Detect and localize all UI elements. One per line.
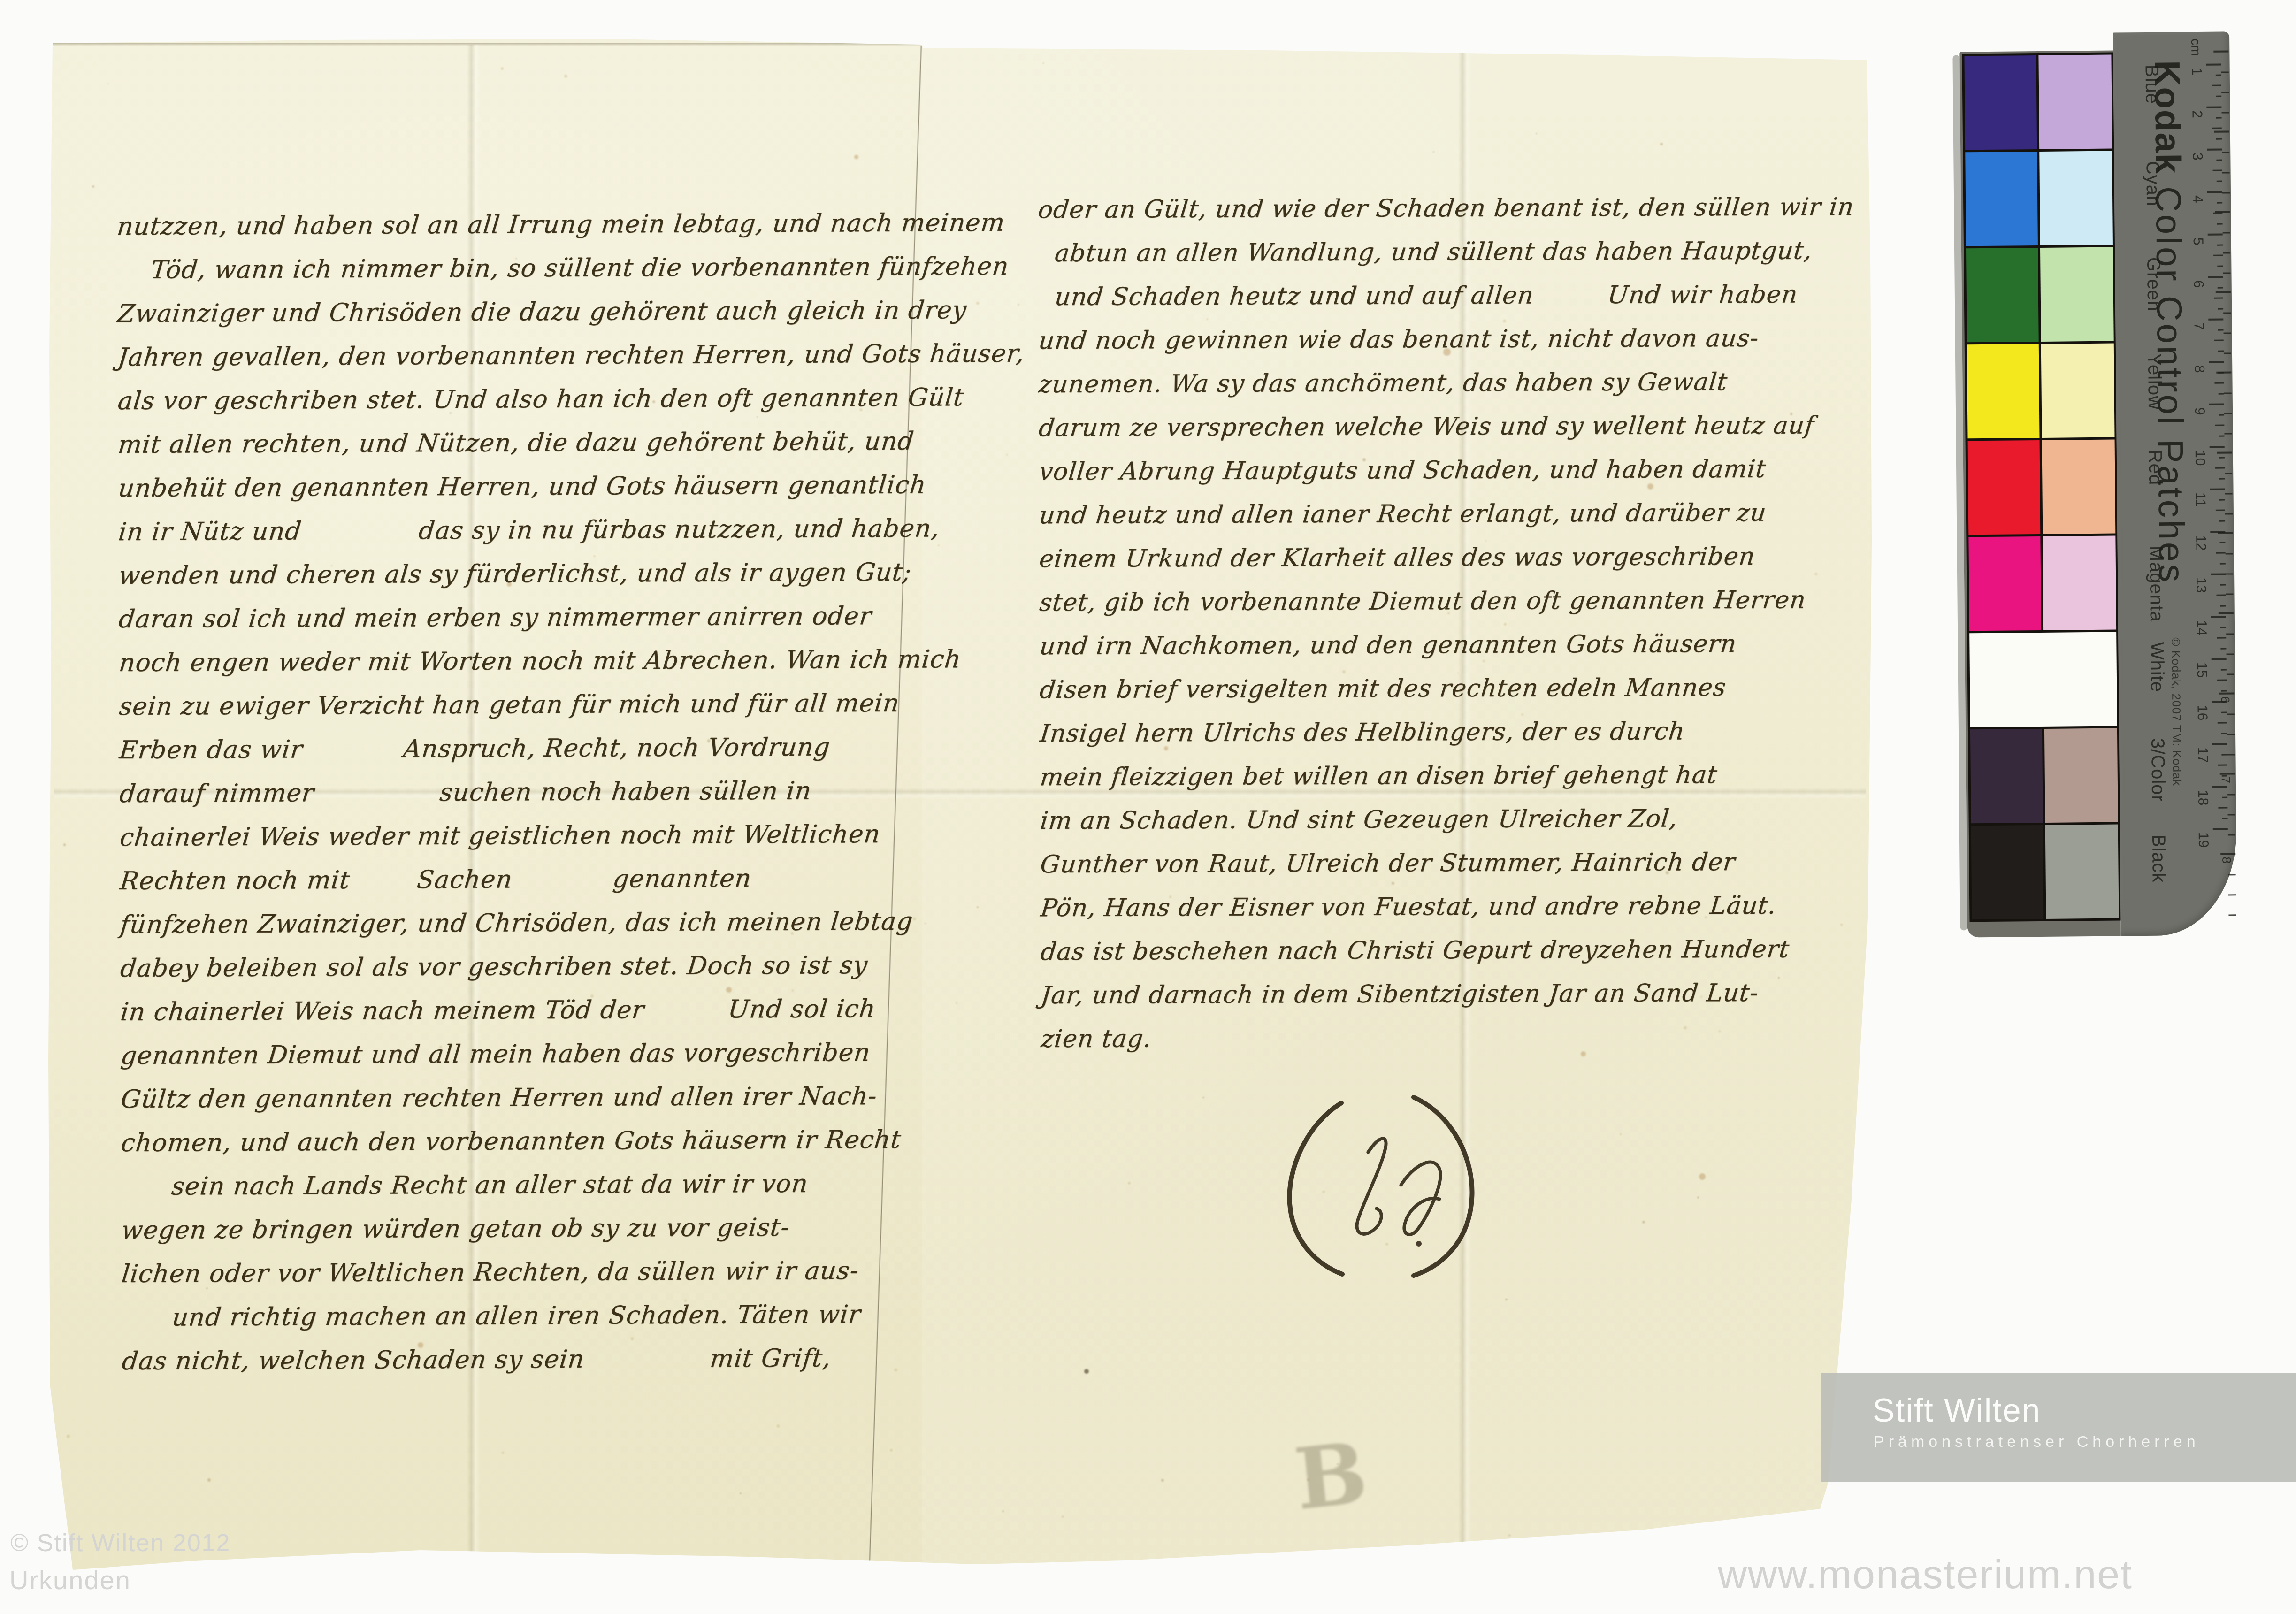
edge-tick-minor [2227, 794, 2235, 795]
manuscript-line: Töd, wann ich nimmer bin, so süllent die… [115, 245, 983, 292]
cm-tick-major [2212, 743, 2227, 745]
ruler-number: 19 [2195, 832, 2211, 848]
paper-speck [107, 83, 109, 84]
cm-tick-minor [2219, 457, 2225, 458]
ruler-number: 10 [2192, 450, 2208, 466]
cm-tick-half [2218, 807, 2227, 808]
cm-tick-minor [2217, 181, 2222, 182]
cm-tick-major [2206, 64, 2221, 66]
edge-tick-minor [2221, 112, 2229, 113]
manuscript-line: und richtig machen an allen iren Schaden… [120, 1292, 987, 1339]
cm-tick-major [2211, 574, 2226, 575]
ink-bleed-mark: B [1290, 1423, 1371, 1530]
color-patch-blue-tint [2038, 55, 2112, 149]
cm-tick-minor [2219, 542, 2225, 543]
cm-tick-half [2214, 297, 2223, 298]
strip-title-rest: Color Control Patches [2148, 174, 2192, 584]
left-page-text: nutzzen, und haben sol an all Irrung mei… [117, 201, 986, 1383]
cm-tick-major [2209, 361, 2224, 363]
manuscript-line: voller Abrung Hauptguts und Schaden, und… [1037, 447, 1881, 494]
manuscript-line: fünfzehen Zwainziger, und Chrisöden, das… [118, 899, 986, 947]
paper-speck [740, 1492, 742, 1494]
cm-tick-major [2210, 489, 2225, 490]
edge-tick-major [2220, 773, 2235, 774]
cm-tick-minor [2221, 754, 2227, 756]
archive-label: Stift Wilten Prämonstratenser Chorherren [1821, 1373, 2296, 1482]
edge-tick-minor [2227, 673, 2234, 675]
manuscript-line: im an Schaden. Und sint Gezeugen Ulreich… [1038, 796, 1883, 843]
cm-tick-minor [2216, 75, 2221, 76]
fox-spot [854, 155, 858, 159]
paper-speck [92, 185, 94, 187]
ruler-number: 8 [2191, 365, 2207, 373]
cm-tick-minor [2216, 96, 2221, 97]
paper-speck [502, 1452, 504, 1454]
scan-viewport: { "scan": { "background_color": "#fbfbf9… [0, 0, 2296, 1614]
cm-tick-minor [2221, 733, 2227, 734]
cm-tick-major [2207, 149, 2222, 151]
manuscript-line: mit allen rechten, und Nützen, die dazu … [116, 419, 984, 467]
edge-tick-minor [2221, 92, 2229, 93]
paper-speck [564, 75, 567, 78]
paper-speck [1660, 143, 1663, 145]
edge-tick-major [2216, 371, 2231, 373]
edge-tick-minor [2222, 152, 2229, 153]
manuscript-line: sein nach Lands Recht an aller stat da w… [119, 1161, 987, 1209]
ruler-number: 6 [2190, 280, 2206, 288]
manuscript-line: chomen, und auch den vorbenannten Gots h… [119, 1117, 987, 1165]
edge-tick-minor [2227, 713, 2235, 715]
paper-speck [207, 1478, 211, 1482]
cm-tick-major [2212, 658, 2227, 660]
edge-tick-minor [2228, 874, 2236, 875]
cm-tick-half [2212, 85, 2221, 86]
manuscript-line: mein fleizzigen bet willen an disen brie… [1038, 753, 1882, 799]
edge-tick-minor [2221, 71, 2229, 73]
paper-speck [67, 1435, 70, 1438]
cm-tick-half [2215, 467, 2225, 468]
manuscript-line: zien tag. [1039, 1015, 1883, 1061]
cm-tick-major [2207, 191, 2222, 193]
cm-tick-half [2217, 637, 2226, 638]
ruler-number: 1 [2189, 68, 2204, 76]
manuscript-line: in ir Nütz und das sy in nu fürbas nutzz… [116, 506, 984, 554]
manuscript-line: das nicht, welchen Schaden sy sein mit G… [120, 1336, 988, 1383]
cm-tick-half [2218, 765, 2227, 766]
paper-speck [1018, 304, 1019, 306]
manuscript-line: wenden und cheren als sy fürderlichst, u… [116, 550, 984, 597]
ruler-number: 9 [2191, 407, 2207, 415]
color-patch-3-color [1970, 729, 2043, 823]
manuscript-line: dabey beleiben sol als vor geschriben st… [118, 943, 986, 990]
manuscript-line: Jahren gevallen, den vorbenannten rechte… [115, 332, 983, 379]
edge-ruler-number: 6 [2218, 696, 2232, 703]
color-patch-red [1968, 440, 2041, 535]
edge-ruler-number: 7 [2219, 776, 2233, 783]
paper-speck [1202, 1097, 1204, 1098]
paper-speck [1505, 1299, 1507, 1300]
manuscript-line: genannten Diemut und all mein haben das … [119, 1030, 987, 1078]
cm-tick-half [2216, 552, 2226, 553]
manuscript-line: und noch gewinnen wie das benant ist, ni… [1036, 316, 1881, 363]
ruler-number: 5 [2190, 237, 2206, 245]
color-patch-cyan [1965, 152, 2038, 246]
strip-title: Kodak Color Control Patches [2147, 60, 2192, 585]
manuscript-line: abtun an allen Wandlung, und süllent das… [1036, 229, 1881, 275]
manuscript-line: lichen oder vor Weltlichen Rechten, da s… [120, 1248, 987, 1296]
manuscript-line: und Schaden heutz und und auf allen Und … [1036, 273, 1881, 319]
manuscript-line: wegen ze bringen würden getan ob sy zu v… [119, 1205, 987, 1252]
paper-top-edge [51, 43, 1867, 46]
cm-tick-minor [2218, 351, 2224, 352]
edge-tick-major [2215, 211, 2230, 213]
color-patch-magenta-tint [2043, 536, 2116, 630]
edge-tick-minor [2224, 332, 2231, 334]
cm-tick-minor [2220, 584, 2226, 586]
edge-tick-minor [2223, 252, 2230, 253]
paper-speck [1062, 1515, 1064, 1518]
manuscript-line: in chainerlei Weis nach meinem Töd der U… [118, 987, 986, 1034]
cm-tick-half [2215, 382, 2224, 383]
cm-tick-major [2211, 616, 2226, 618]
color-patch-blue [1964, 55, 2037, 150]
patch-label: 3/Color [2147, 738, 2168, 802]
paper-speck [1161, 1479, 1164, 1482]
cm-tick-minor [2217, 245, 2223, 246]
paper-speck [1508, 1534, 1511, 1537]
edge-tick-major [2219, 612, 2234, 614]
cm-tick-half [2213, 170, 2222, 171]
cm-tick-minor [2217, 266, 2223, 267]
color-patch-green [1966, 248, 2039, 342]
ruler-number: 17 [2194, 747, 2210, 763]
cm-tick-minor [2222, 796, 2227, 798]
cm-tick-major [2213, 828, 2228, 830]
manuscript-line: darauf nimmer suchen noch haben süllen i… [117, 768, 985, 816]
color-patch-cyan-tint [2039, 151, 2113, 245]
manuscript-line: einem Urkund der Klarheit alles des was … [1037, 535, 1882, 581]
kodak-brand: Kodak [2147, 60, 2188, 174]
edge-tick-minor [2223, 272, 2230, 274]
manuscript-line: Jar, und darnach in dem Sibentzigisten J… [1039, 971, 1883, 1017]
edge-tick-major [2220, 853, 2235, 855]
manuscript-line: daran sol ich und mein erben sy nimmerme… [117, 594, 985, 641]
edge-tick-major [2217, 451, 2232, 453]
cm-tick-minor [2220, 563, 2226, 564]
paper-speck [1620, 1133, 1622, 1135]
edge-tick-minor [2228, 914, 2236, 916]
color-patch-red-tint [2042, 440, 2116, 534]
kodak-color-strip: BlueCyanGreenYellowRedMagentaWhite3/Colo… [1952, 31, 2237, 937]
manuscript-line: zunemen. Wa sy das anchöment, das haben … [1036, 360, 1881, 406]
cm-tick-minor [2221, 690, 2227, 692]
edge-tick-minor [2228, 894, 2236, 895]
cm-tick-minor [2217, 223, 2223, 224]
ruler-number: 16 [2194, 704, 2210, 720]
edge-tick-major [2218, 532, 2233, 534]
ruler-number: 14 [2193, 620, 2209, 635]
cm-tick-half [2213, 255, 2223, 256]
edge-tick-minor [2225, 473, 2232, 474]
patch-grid [1962, 53, 2120, 922]
cm-tick-minor [2221, 669, 2227, 671]
cm-tick-major [2208, 234, 2223, 236]
manuscript-line: Rechten noch mit Sachen genannten [118, 856, 986, 903]
edge-tick-major [2219, 692, 2234, 694]
watermark-collection: Urkunden [9, 1565, 131, 1595]
color-patch-yellow [1967, 344, 2040, 438]
ruler-number: 13 [2193, 577, 2209, 593]
edge-tick-minor [2225, 513, 2233, 514]
paper-speck [501, 67, 504, 70]
cm-tick-minor [2220, 627, 2226, 628]
cm-tick-minor [2218, 287, 2223, 288]
color-patch-black [1971, 825, 2044, 919]
edge-tick-minor [2225, 493, 2233, 494]
color-patch-magenta [1968, 536, 2041, 631]
edge-tick-minor [2228, 834, 2235, 835]
color-patch-green-tint [2040, 247, 2114, 342]
paper-speck [1042, 62, 1044, 64]
cm-tick-minor [2217, 202, 2222, 203]
watermark-copyright: © Stift Wilten 2012 [10, 1529, 230, 1557]
color-patch-white [1969, 632, 2117, 727]
manuscript-line: chainerlei Weis weder mit geistlichen no… [118, 812, 986, 859]
cm-tick-minor [2220, 648, 2226, 649]
ruler-number: 2 [2189, 110, 2204, 118]
edge-tick-major [2216, 291, 2231, 293]
patch-label: Black [2148, 834, 2169, 883]
edge-tick-minor [2226, 633, 2234, 635]
edge-tick-minor [2223, 312, 2231, 314]
cm-tick-half [2217, 680, 2227, 681]
paper-speck [63, 843, 66, 846]
right-page-text: oder an Gült, und wie der Schaden benant… [1038, 185, 1881, 1061]
cm-tick-minor [2219, 499, 2225, 501]
color-patch-black-tint [2045, 825, 2119, 919]
paper-speck [777, 1424, 780, 1428]
ruler-number: 4 [2189, 195, 2205, 203]
edge-tick-major [2213, 50, 2228, 52]
manuscript-line: Gunther von Raut, Ulreich der Stummer, H… [1038, 840, 1883, 887]
cm-tick-minor [2216, 117, 2222, 118]
ruler-number: 11 [2192, 492, 2208, 507]
cm-tick-minor [2219, 436, 2224, 437]
manuscript-line: das ist beschehen nach Christi Gepurt dr… [1039, 927, 1883, 974]
cm-tick-major [2208, 276, 2223, 278]
manuscript-line: nutzzen, und haben sol an all Irrung mei… [115, 201, 983, 248]
edge-tick-minor [2226, 573, 2233, 574]
cm-tick-major [2210, 446, 2225, 448]
manuscript-line: darum ze versprechen welche Weis und sy … [1037, 404, 1881, 450]
cm-tick-minor [2216, 160, 2222, 161]
edge-tick-minor [2227, 754, 2235, 755]
patch-label: White [2146, 642, 2167, 693]
edge-tick-minor [2227, 653, 2234, 655]
edge-tick-minor [2226, 553, 2233, 554]
manuscript-line: als vor geschriben stet. Und also han ic… [116, 375, 984, 423]
cm-tick-half [2216, 595, 2226, 596]
manuscript-line: Pön, Hans der Eisner von Fuestat, und an… [1038, 884, 1883, 930]
ruler-number: 18 [2195, 789, 2211, 805]
manuscript-line: Insigel hern Ulrichs des Helblingers, de… [1038, 709, 1882, 756]
manuscript-line: Erben das wir Anspruch, Recht, noch Vord… [117, 725, 985, 772]
manuscript-line: und irn Nachkomen, und den genannten Got… [1037, 622, 1882, 668]
edge-ruler-number: 8 [2219, 857, 2234, 864]
notary-seal-ls-icon [1263, 1089, 1497, 1281]
manuscript-line: Gültz den genannten rechten Herren und a… [119, 1074, 987, 1121]
cm-tick-half [2216, 510, 2225, 511]
edge-tick-major [2214, 130, 2229, 132]
ruler-unit-label: cm [2188, 38, 2203, 56]
fox-spot [1699, 1173, 1706, 1180]
edge-tick-minor [2224, 352, 2231, 354]
cm-tick-half [2212, 127, 2222, 129]
cm-tick-half [2218, 722, 2227, 723]
edge-tick-minor [2228, 814, 2235, 815]
cm-tick-minor [2219, 478, 2225, 479]
ruler-number: 3 [2189, 153, 2205, 161]
edge-tick-minor [2226, 593, 2233, 595]
watermark-monasterium: www.monasterium.net [1718, 1552, 2133, 1598]
edge-tick-minor [2227, 734, 2235, 735]
edge-tick-minor [2223, 232, 2230, 233]
cm-tick-minor [2219, 393, 2224, 394]
manuscript-line: disen brief versigelten mit des rechten … [1038, 665, 1882, 712]
cm-tick-minor [2219, 414, 2224, 416]
ruler-number: 12 [2192, 535, 2208, 551]
edge-tick-minor [2224, 413, 2232, 414]
manuscript-line: Zwainziger und Chrisöden die dazu gehöre… [115, 288, 983, 336]
paper-speck [1128, 1182, 1131, 1185]
paper-speck [1433, 151, 1434, 153]
cm-tick-minor [2220, 605, 2226, 607]
cm-tick-major [2212, 786, 2227, 788]
manuscript-line: sein zu ewiger Verzicht han getan für mi… [117, 681, 985, 728]
cm-tick-minor [2218, 308, 2223, 309]
ruler-number: 7 [2190, 322, 2206, 330]
strip-copyright: © Kodak, 2007 TM: Kodak [2168, 637, 2183, 786]
ink-dot [1084, 1369, 1089, 1374]
manuscript-line: und heutz und allen ianer Recht erlangt,… [1037, 491, 1881, 537]
edge-tick-minor [2222, 192, 2230, 193]
archive-label-title: Stift Wilten [1873, 1392, 2041, 1429]
archive-label-subtitle: Prämonstratenser Chorherren [1874, 1433, 2200, 1451]
manuscript-line: oder an Gült, und wie der Schaden benant… [1036, 185, 1880, 232]
cm-tick-minor [2222, 818, 2228, 819]
cm-tick-minor [2218, 329, 2224, 331]
cm-tick-half [2214, 340, 2224, 341]
cm-tick-half [2215, 425, 2224, 426]
edge-tick-minor [2222, 172, 2230, 173]
cm-tick-minor [2219, 520, 2225, 522]
ruler-number: 15 [2194, 662, 2210, 678]
edge-tick-minor [2224, 392, 2232, 394]
color-patch-yellow-tint [2041, 344, 2115, 438]
paper-speck [890, 1449, 893, 1452]
cm-tick-major [2206, 106, 2221, 108]
manuscript-line: noch engen weder mit Worten noch mit Abr… [117, 637, 985, 685]
edge-tick-minor [2224, 433, 2232, 434]
cm-tick-minor [2216, 138, 2222, 139]
cm-tick-major [2209, 404, 2224, 405]
color-patch-3-color-tint [2044, 728, 2118, 823]
cm-tick-major [2208, 319, 2223, 321]
manuscript-line: unbehüt den genannten Herren, und Gots h… [116, 463, 984, 510]
manuscript-line: stet, gib ich vorbenannte Diemut den oft… [1037, 578, 1882, 625]
cm-tick-minor [2221, 711, 2227, 713]
